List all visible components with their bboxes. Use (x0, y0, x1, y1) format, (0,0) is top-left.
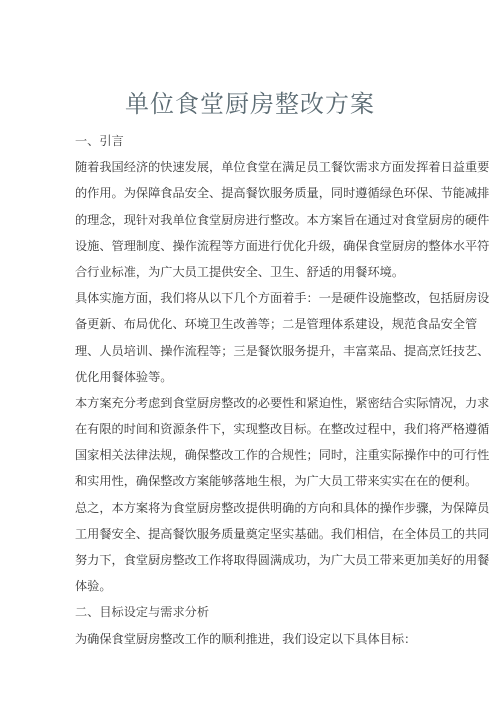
document-body: 一、引言 随着我国经济的快速发展，单位食堂在满足员工餐饮需求方面发挥着日益重要 … (75, 128, 435, 652)
paragraph-line: 随着我国经济的快速发展，单位食堂在满足员工餐饮需求方面发挥着日益重要 (75, 154, 435, 180)
paragraph-line: 工用餐安全、提高餐饮服务质量奠定坚实基础。我们相信，在全体员工的共同 (75, 521, 435, 547)
paragraph-line: 的作用。为保障食品安全、提高餐饮服务质量，同时遵循绿色环保、节能减排 (75, 180, 435, 206)
paragraph-line: 国家相关法律法规，确保整改工作的合规性；同时，注重实际操作中的可行性 (75, 442, 435, 468)
paragraph-line: 本方案充分考虑到食堂厨房整改的必要性和紧迫性，紧密结合实际情况，力求 (75, 390, 435, 416)
paragraph-line: 和实用性，确保整改方案能够落地生根，为广大员工带来实实在在的便利。 (75, 468, 435, 494)
paragraph-line: 理、人员培训、操作流程等；三是餐饮服务提升，丰富菜品、提高烹饪技艺、 (75, 338, 435, 364)
document-title: 单位食堂厨房整改方案 (0, 84, 500, 119)
document-page: 单位食堂厨房整改方案 一、引言 随着我国经济的快速发展，单位食堂在满足员工餐饮需… (0, 0, 500, 707)
section-heading-goals: 二、目标设定与需求分析 (75, 599, 435, 625)
paragraph-line: 合行业标准，为广大员工提供安全、卫生、舒适的用餐环境。 (75, 259, 435, 285)
paragraph-line: 总之，本方案将为食堂厨房整改提供明确的方向和具体的操作步骤，为保障员 (75, 495, 435, 521)
paragraph-line: 在有限的时间和资源条件下，实现整改目标。在整改过程中，我们将严格遵循 (75, 416, 435, 442)
section-heading-intro: 一、引言 (75, 128, 435, 154)
paragraph-line: 努力下，食堂厨房整改工作将取得圆满成功，为广大员工带来更加美好的用餐 (75, 547, 435, 573)
paragraph-line: 备更新、布局优化、环境卫生改善等；二是管理体系建设，规范食品安全管 (75, 311, 435, 337)
paragraph-line: 的理念，现针对我单位食堂厨房进行整改。本方案旨在通过对食堂厨房的硬件 (75, 207, 435, 233)
paragraph-line: 具体实施方面，我们将从以下几个方面着手：一是硬件设施整改，包括厨房设 (75, 285, 435, 311)
paragraph-line: 体验。 (75, 573, 435, 599)
paragraph-line: 为确保食堂厨房整改工作的顺利推进，我们设定以下具体目标： (75, 626, 435, 652)
paragraph-line: 优化用餐体验等。 (75, 364, 435, 390)
paragraph-line: 设施、管理制度、操作流程等方面进行优化升级，确保食堂厨房的整体水平符 (75, 233, 435, 259)
